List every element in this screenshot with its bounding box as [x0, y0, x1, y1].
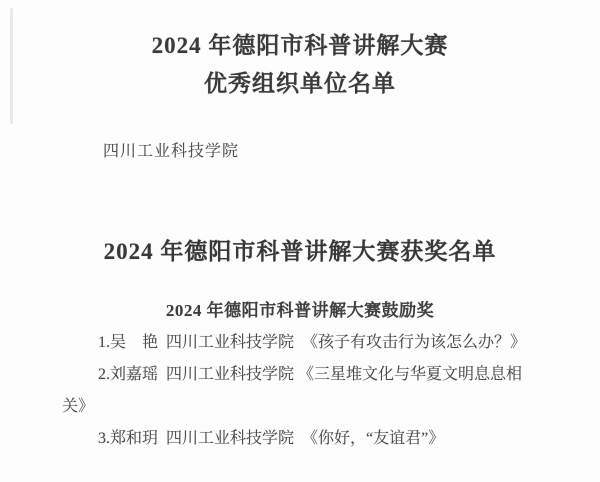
scanned-document-page: 2024 年德阳市科普讲解大赛 优秀组织单位名单 四川工业科技学院 2024 年…	[0, 0, 600, 482]
notice-title-line1: 2024 年德阳市科普讲解大赛	[0, 27, 600, 65]
awards-list-title: 2024 年德阳市科普讲解大赛获奖名单	[0, 238, 600, 266]
award-list-item: 1.吴 艳 四川工业科技学院 《孩子有攻击行为该怎么办？》	[62, 327, 528, 359]
notice-title: 2024 年德阳市科普讲解大赛 优秀组织单位名单	[0, 27, 600, 103]
award-list-item: 2.刘嘉瑶 四川工业科技学院 《三星堆文化与华夏文明息息相关》	[62, 359, 528, 423]
award-items-list: 1.吴 艳 四川工业科技学院 《孩子有攻击行为该怎么办？》 2.刘嘉瑶 四川工业…	[62, 327, 528, 455]
organization-name: 四川工业科技学院	[103, 141, 239, 163]
award-list-item: 3.郑和玥 四川工业科技学院 《你好，“友谊君”》	[62, 423, 528, 455]
notice-title-line2: 优秀组织单位名单	[0, 65, 600, 103]
award-category-title: 2024 年德阳市科普讲解大赛鼓励奖	[0, 299, 600, 323]
